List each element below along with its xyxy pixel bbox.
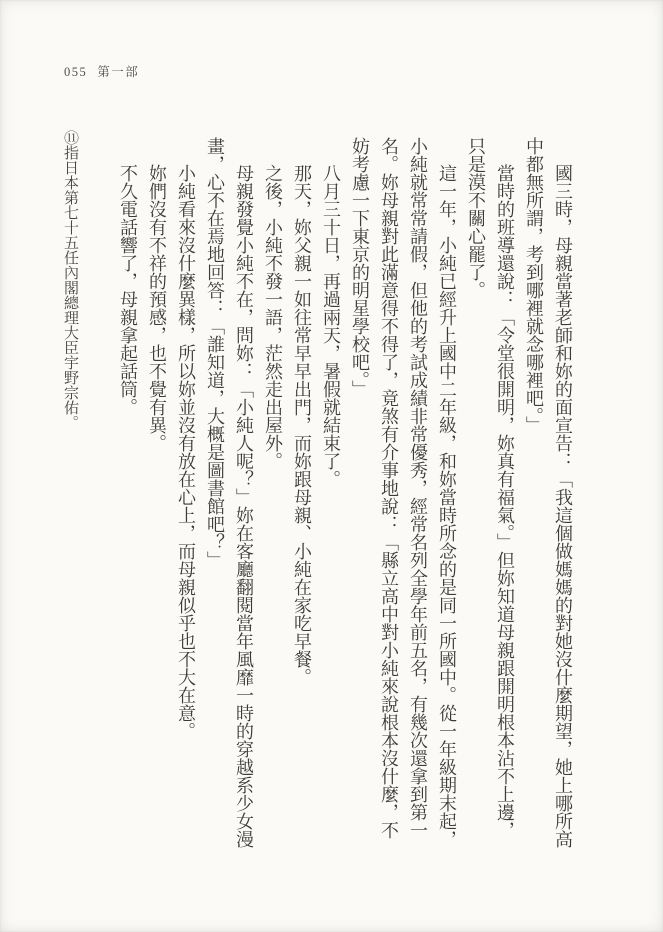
section-title: 第一部 [97, 65, 139, 79]
page-number: 055 [64, 65, 87, 79]
paragraph: 八月三十日，再過兩天，暑假就結束了。 [316, 137, 345, 852]
paragraph: 之後，小純不發一語，茫然走出屋外。 [258, 137, 287, 852]
paragraph: 母親發覺小純不在，問妳：「小純人呢？」妳在客廳翻閱當年風靡一時的穿越系少女漫畫，… [200, 137, 258, 852]
book-page: 055第一部 國三時，母親當著老師和妳的面宣告：「我這個做媽媽的對她沒什麼期望，… [0, 0, 663, 932]
paragraph: 妳們沒有不祥的預感，也不覺有異。 [142, 137, 171, 852]
paragraph: 小純看來沒什麼異樣，所以妳並沒有放在心上，而母親似乎也不大在意。 [171, 137, 200, 852]
paragraph: 當時的班導還說：「令堂很開明，妳真有福氣。」但妳知道母親跟開明根本沾不上邊，只是… [461, 137, 519, 852]
paragraph: 國三時，母親當著老師和妳的面宣告：「我這個做媽媽的對她沒什麼期望，她上哪所高中都… [519, 137, 577, 852]
paragraph: 這一年，小純已經升上國中二年級，和妳當時所念的是同一所國中。從一年級期末起，小純… [345, 137, 461, 852]
body-text: 國三時，母親當著老師和妳的面宣告：「我這個做媽媽的對她沒什麼期望，她上哪所高中都… [113, 137, 577, 852]
footnote: ⑪指日本第七十五任內閣總理大臣宇野宗佑。 [60, 130, 79, 870]
paragraph: 那天，妳父親一如往常早早出門，而妳跟母親、小純在家吃早餐。 [287, 137, 316, 852]
paragraph: 不久電話響了，母親拿起話筒。 [113, 137, 142, 852]
page-header: 055第一部 [64, 62, 139, 80]
